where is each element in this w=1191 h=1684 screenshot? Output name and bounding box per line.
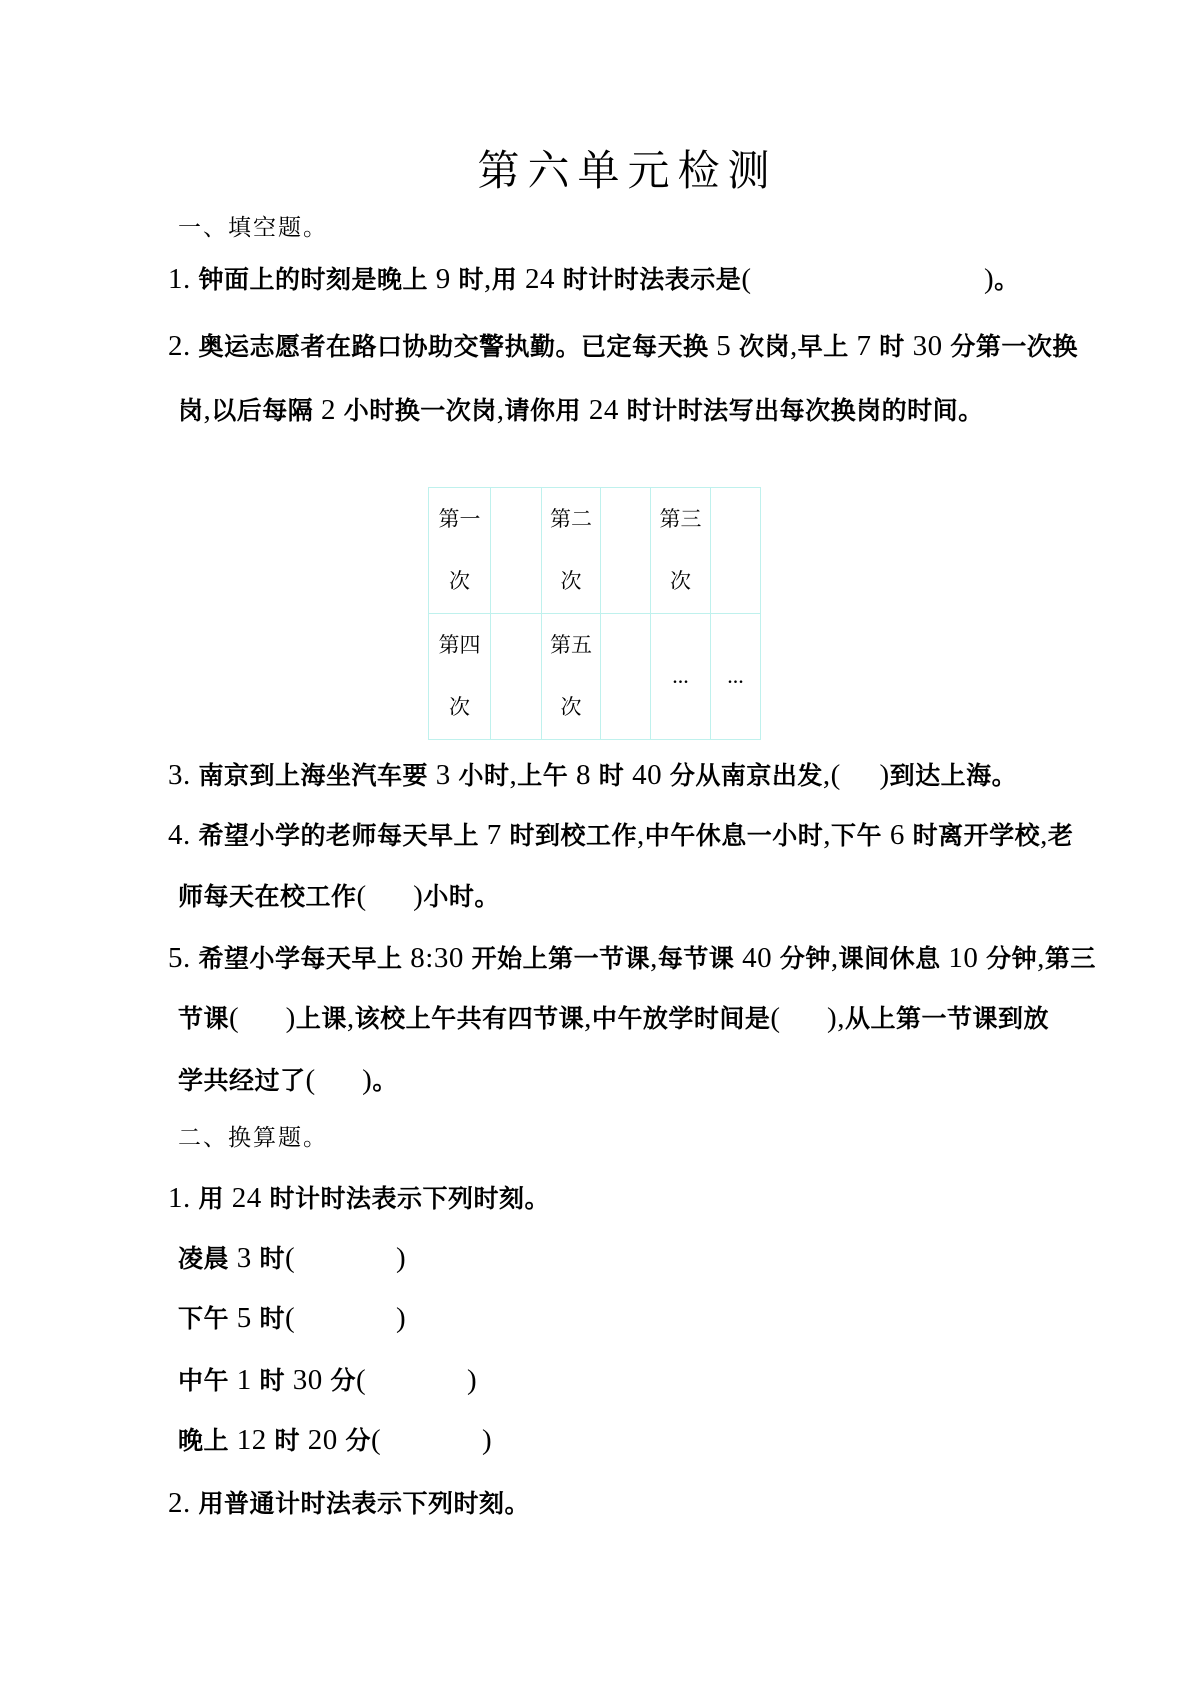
duty-cell-second-answer bbox=[601, 488, 651, 614]
section1-heading: 一、填空题。 bbox=[178, 211, 328, 245]
duty-cell-fifth-answer bbox=[601, 614, 651, 740]
duty-cell-fourth-answer bbox=[491, 614, 542, 740]
convert-item-night: 晚上 12 时 20 分( ) bbox=[178, 1423, 492, 1457]
question-3: 3. 南京到上海坐汽车要 3 小时,上午 8 时 40 分从南京出发,( )到达… bbox=[168, 758, 1017, 792]
duty-cell-second: 第二次 bbox=[542, 488, 601, 614]
duty-table-row-2: 第四次 第五次 ... ... bbox=[429, 614, 761, 740]
question-5-line-2: 节课( )上课,该校上午共有四节课,中午放学时间是( ),从上第一节课到放 bbox=[178, 1001, 1049, 1035]
question-2-line-1: 2. 奥运志愿者在路口协助交警执勤。已定每天换 5 次岗,早上 7 时 30 分… bbox=[168, 329, 1078, 363]
worksheet-page: 第六单元检测 一、填空题。 1. 钟面上的时刻是晚上 9 时,用 24 时计时法… bbox=[0, 0, 1191, 1684]
question-5-line-3: 学共经过了( )。 bbox=[178, 1063, 398, 1097]
duty-cell-fifth: 第五次 bbox=[542, 614, 601, 740]
duty-cell-ellipsis-1: ... bbox=[651, 614, 711, 740]
convert-item-early-morning: 凌晨 3 时( ) bbox=[178, 1241, 406, 1275]
duty-cell-first: 第一次 bbox=[429, 488, 491, 614]
duty-table-row-1: 第一次 第二次 第三次 bbox=[429, 488, 761, 614]
section2-q1-prompt: 1. 用 24 时计时法表示下列时刻。 bbox=[168, 1181, 550, 1215]
duty-cell-ellipsis-2: ... bbox=[711, 614, 761, 740]
question-1: 1. 钟面上的时刻是晚上 9 时,用 24 时计时法表示是( )。 bbox=[168, 262, 1020, 296]
convert-item-afternoon: 下午 5 时( ) bbox=[178, 1301, 406, 1335]
question-5-line-1: 5. 希望小学每天早上 8:30 开始上第一节课,每节课 40 分钟,课间休息 … bbox=[168, 941, 1096, 975]
duty-cell-first-answer bbox=[491, 488, 542, 614]
question-4-line-1: 4. 希望小学的老师每天早上 7 时到校工作,中午休息一小时,下午 6 时离开学… bbox=[168, 818, 1073, 852]
section2-heading: 二、换算题。 bbox=[178, 1121, 328, 1155]
question-2-line-2: 岗,以后每隔 2 小时换一次岗,请你用 24 时计时法写出每次换岗的时间。 bbox=[178, 393, 984, 427]
duty-cell-third: 第三次 bbox=[651, 488, 711, 614]
page-title: 第六单元检测 bbox=[0, 146, 1191, 198]
duty-cell-third-answer bbox=[711, 488, 761, 614]
section2-q2-prompt: 2. 用普通计时法表示下列时刻。 bbox=[168, 1486, 530, 1520]
duty-shift-table: 第一次 第二次 第三次 第四次 第五次 ... ... bbox=[428, 487, 761, 740]
duty-cell-fourth: 第四次 bbox=[429, 614, 491, 740]
convert-item-noon: 中午 1 时 30 分( ) bbox=[178, 1363, 477, 1397]
question-4-line-2: 师每天在校工作( )小时。 bbox=[178, 879, 500, 913]
